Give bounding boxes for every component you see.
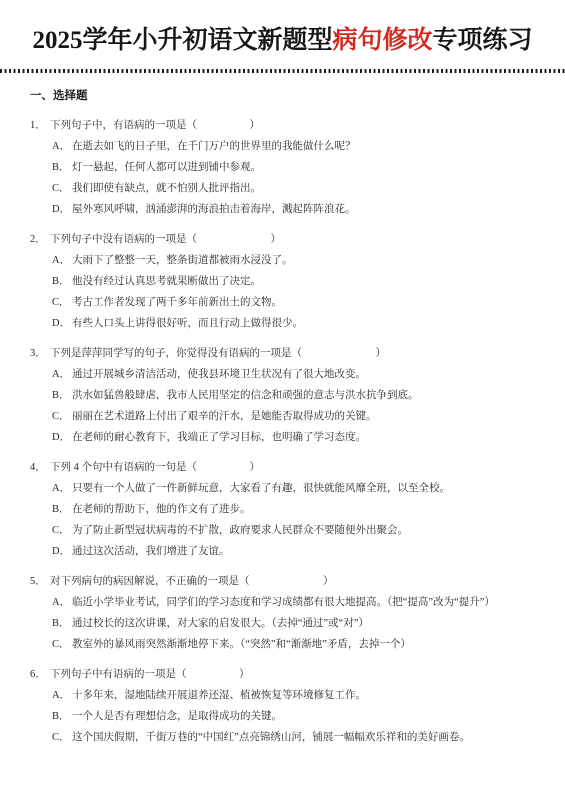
option-text: 临近小学毕业考试，同学们的学习态度和学习成绩都有很大地提高。（把“提高”改为“提… xyxy=(72,597,495,608)
question-stem-text: 下列句子中有语病的一项是（ ） xyxy=(50,669,250,680)
option-a: A．在逝去如飞的日子里，在千门万户的世界里的我能做什么呢？ xyxy=(30,136,545,157)
option-d: D．在老师的耐心教育下，我端正了学习目标，也明确了学习态度。 xyxy=(30,427,545,448)
option-text: 通过校长的这次讲课，对大家的启发很大。（去掉“通过”或“对”） xyxy=(72,618,369,629)
option-text: 只要有一个人做了一件新鲜玩意，大家看了有趣，很快就能风靡全班，以至全校。 xyxy=(72,483,450,494)
question-number: 5． xyxy=(30,571,50,592)
question-number: 1． xyxy=(30,115,50,136)
option-text: 灯一悬起，任何人都可以进到铺中参观。 xyxy=(72,162,261,173)
option-a: A．临近小学毕业考试，同学们的学习态度和学习成绩都有很大地提高。（把“提高”改为… xyxy=(30,592,545,613)
option-a: A．大雨下了整整一天，整条街道都被雨水浸没了。 xyxy=(30,250,545,271)
question-stem: 4．下列 4 个句中有语病的一句是（ ） xyxy=(30,457,545,478)
option-label: D． xyxy=(52,199,72,220)
option-label: A． xyxy=(52,250,72,271)
section-heading: 一、选择题 xyxy=(30,86,545,106)
question-stem-text: 下列句子中，有语病的一项是（ ） xyxy=(50,120,260,131)
option-a: A．十多年来，湿地陆续开展退养还湿、植被恢复等环境修复工作。 xyxy=(30,685,545,706)
option-text: 丽丽在艺术道路上付出了艰辛的汗水，是她能否取得成功的关键。 xyxy=(72,411,377,422)
question-stem-text: 下列是萍萍同学写的句子，你觉得没有语病的一项是（ ） xyxy=(50,348,386,359)
option-text: 十多年来，湿地陆续开展退养还湿、植被恢复等环境修复工作。 xyxy=(72,690,366,701)
option-text: 洪水如猛兽般肆虐，我市人民用坚定的信念和顽强的意志与洪水抗争到底。 xyxy=(72,390,419,401)
option-text: 考古工作者发现了两千多年前新出土的文物。 xyxy=(72,297,282,308)
option-label: A． xyxy=(52,136,72,157)
option-label: B． xyxy=(52,499,72,520)
question-3: 3．下列是萍萍同学写的句子，你觉得没有语病的一项是（ ） A．通过开展城乡清洁活… xyxy=(30,343,545,448)
option-b: B．在老师的帮助下，他的作文有了进步。 xyxy=(30,499,545,520)
option-text: 通过开展城乡清洁活动，使我县环境卫生状况有了很大地改变。 xyxy=(72,369,366,380)
question-stem: 5．对下列病句的病因解说，不正确的一项是（ ） xyxy=(30,571,545,592)
title-highlight: 病句修改 xyxy=(332,27,432,54)
option-text: 在老师的帮助下，他的作文有了进步。 xyxy=(72,504,251,515)
question-stem-text: 对下列病句的病因解说，不正确的一项是（ ） xyxy=(50,576,334,587)
option-label: B． xyxy=(52,613,72,634)
option-text: 有些人口头上讲得很好听，而且行动上做得很少。 xyxy=(72,318,303,329)
question-5: 5．对下列病句的病因解说，不正确的一项是（ ） A．临近小学毕业考试，同学们的学… xyxy=(30,571,545,655)
question-2: 2．下列句子中没有语病的一项是（ ） A．大雨下了整整一天，整条街道都被雨水浸没… xyxy=(30,229,545,334)
option-c: C．为了防止新型冠状病毒的不扩散，政府要求人民群众不要随便外出聚会。 xyxy=(30,520,545,541)
option-b: B．灯一悬起，任何人都可以进到铺中参观。 xyxy=(30,157,545,178)
question-number: 2． xyxy=(30,229,50,250)
page-title: 2025学年小升初语文新题型病句修改专项练习 xyxy=(0,0,565,55)
option-text: 教室外的暴风雨突然渐渐地停下来。（“突然”和“渐渐地”矛盾，去掉一个） xyxy=(72,639,411,650)
option-text: 一个人是否有理想信念，是取得成功的关键。 xyxy=(72,711,282,722)
title-suffix: 专项练习 xyxy=(433,27,533,54)
option-text: 我们即使有缺点，就不怕别人批评指出。 xyxy=(72,183,261,194)
option-text: 他没有经过认真思考就果断做出了决定。 xyxy=(72,276,261,287)
option-text: 在老师的耐心教育下，我端正了学习目标，也明确了学习态度。 xyxy=(72,432,366,443)
option-b: B．他没有经过认真思考就果断做出了决定。 xyxy=(30,271,545,292)
option-text: 屋外寒风呼啸，汹涌澎湃的海浪拍击着海岸，溅起阵阵浪花。 xyxy=(72,204,356,215)
title-prefix: 2025学年小升初语文新题型 xyxy=(32,27,332,54)
option-label: A． xyxy=(52,685,72,706)
question-stem: 1．下列句子中，有语病的一项是（ ） xyxy=(30,115,545,136)
option-a: A．通过开展城乡清洁活动，使我县环境卫生状况有了很大地改变。 xyxy=(30,364,545,385)
option-b: B．洪水如猛兽般肆虐，我市人民用坚定的信念和顽强的意志与洪水抗争到底。 xyxy=(30,385,545,406)
option-d: D．通过这次活动，我们增进了友谊。 xyxy=(30,541,545,562)
option-d: D．屋外寒风呼啸，汹涌澎湃的海浪拍击着海岸，溅起阵阵浪花。 xyxy=(30,199,545,220)
option-text: 大雨下了整整一天，整条街道都被雨水浸没了。 xyxy=(72,255,293,266)
question-stem-text: 下列 4 个句中有语病的一句是（ ） xyxy=(50,462,260,473)
option-b: B．通过校长的这次讲课，对大家的启发很大。（去掉“通过”或“对”） xyxy=(30,613,545,634)
option-label: D． xyxy=(52,541,72,562)
option-label: A． xyxy=(52,478,72,499)
option-c: C．丽丽在艺术道路上付出了艰辛的汗水，是她能否取得成功的关键。 xyxy=(30,406,545,427)
option-label: A． xyxy=(52,364,72,385)
option-text: 通过这次活动，我们增进了友谊。 xyxy=(72,546,230,557)
option-label: B． xyxy=(52,385,72,406)
exam-worksheet-page: 2025学年小升初语文新题型病句修改专项练习 一、选择题 1．下列句子中，有语病… xyxy=(0,0,565,800)
option-a: A．只要有一个人做了一件新鲜玩意，大家看了有趣，很快就能风靡全班，以至全校。 xyxy=(30,478,545,499)
option-label: B． xyxy=(52,271,72,292)
option-c: C．考古工作者发现了两千多年前新出土的文物。 xyxy=(30,292,545,313)
option-c: C．教室外的暴风雨突然渐渐地停下来。（“突然”和“渐渐地”矛盾，去掉一个） xyxy=(30,634,545,655)
question-number: 3． xyxy=(30,343,50,364)
question-stem: 3．下列是萍萍同学写的句子，你觉得没有语病的一项是（ ） xyxy=(30,343,545,364)
question-4: 4．下列 4 个句中有语病的一句是（ ） A．只要有一个人做了一件新鲜玩意，大家… xyxy=(30,457,545,562)
option-c: C．这个国庆假期，千街万巷的“中国红”点亮锦绣山河，铺展一幅幅欢乐祥和的美好画卷… xyxy=(30,727,545,748)
question-stem: 6．下列句子中有语病的一项是（ ） xyxy=(30,664,545,685)
question-list: 一、选择题 1．下列句子中，有语病的一项是（ ） A．在逝去如飞的日子里，在千门… xyxy=(0,73,565,748)
option-c: C．我们即使有缺点，就不怕别人批评指出。 xyxy=(30,178,545,199)
question-number: 6． xyxy=(30,664,50,685)
question-1: 1．下列句子中，有语病的一项是（ ） A．在逝去如飞的日子里，在千门万户的世界里… xyxy=(30,115,545,220)
option-label: C． xyxy=(52,727,72,748)
question-number: 4． xyxy=(30,457,50,478)
question-6: 6．下列句子中有语病的一项是（ ） A．十多年来，湿地陆续开展退养还湿、植被恢复… xyxy=(30,664,545,748)
option-label: D． xyxy=(52,313,72,334)
option-label: C． xyxy=(52,406,72,427)
option-label: B． xyxy=(52,706,72,727)
option-text: 为了防止新型冠状病毒的不扩散，政府要求人民群众不要随便外出聚会。 xyxy=(72,525,408,536)
option-d: D．有些人口头上讲得很好听，而且行动上做得很少。 xyxy=(30,313,545,334)
option-label: B． xyxy=(52,157,72,178)
option-label: C． xyxy=(52,520,72,541)
option-label: A． xyxy=(52,592,72,613)
option-label: C． xyxy=(52,292,72,313)
option-label: D． xyxy=(52,427,72,448)
option-label: C． xyxy=(52,634,72,655)
option-b: B．一个人是否有理想信念，是取得成功的关键。 xyxy=(30,706,545,727)
question-stem: 2．下列句子中没有语病的一项是（ ） xyxy=(30,229,545,250)
question-stem-text: 下列句子中没有语病的一项是（ ） xyxy=(50,234,281,245)
option-text: 这个国庆假期，千街万巷的“中国红”点亮锦绣山河，铺展一幅幅欢乐祥和的美好画卷。 xyxy=(72,732,470,743)
option-text: 在逝去如飞的日子里，在千门万户的世界里的我能做什么呢？ xyxy=(72,141,356,152)
option-label: C． xyxy=(52,178,72,199)
